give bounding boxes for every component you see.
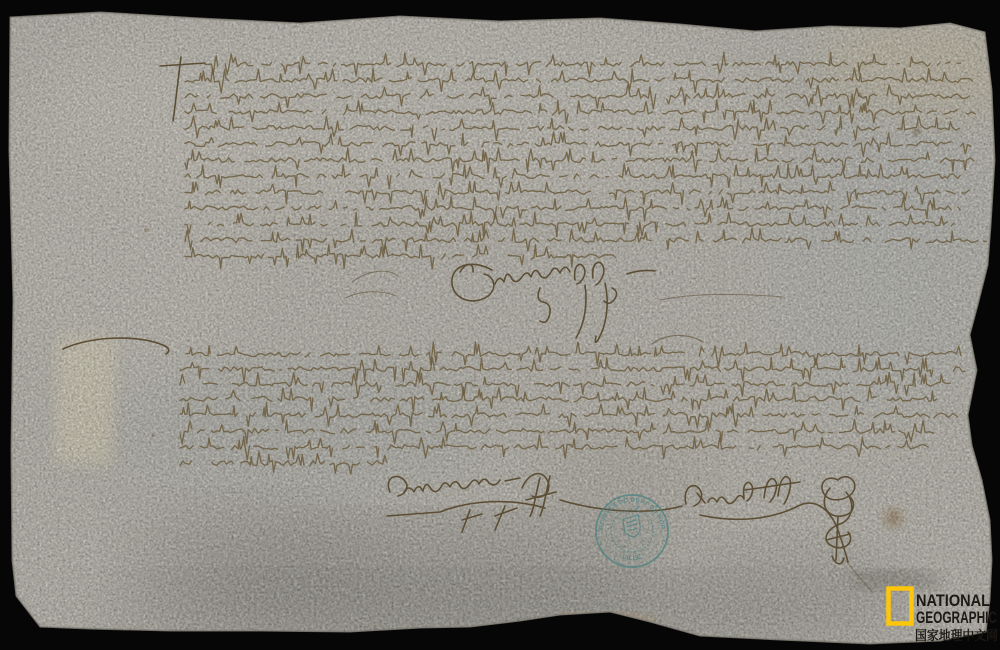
natgeo-chinese-site-name: 国家地理中文网 (915, 628, 998, 643)
parchment-document: ARCHIVES DU DÉPT DU NORD LILLE NATIONAL … (0, 0, 1000, 650)
natgeo-wordmark-line1: NATIONAL (916, 592, 990, 610)
photo-canvas: ARCHIVES DU DÉPT DU NORD LILLE NATIONAL … (0, 0, 1000, 650)
natgeo-wordmark-line2: GEOGRAPHIC (916, 609, 997, 627)
grain-light-layer (9, 12, 995, 644)
